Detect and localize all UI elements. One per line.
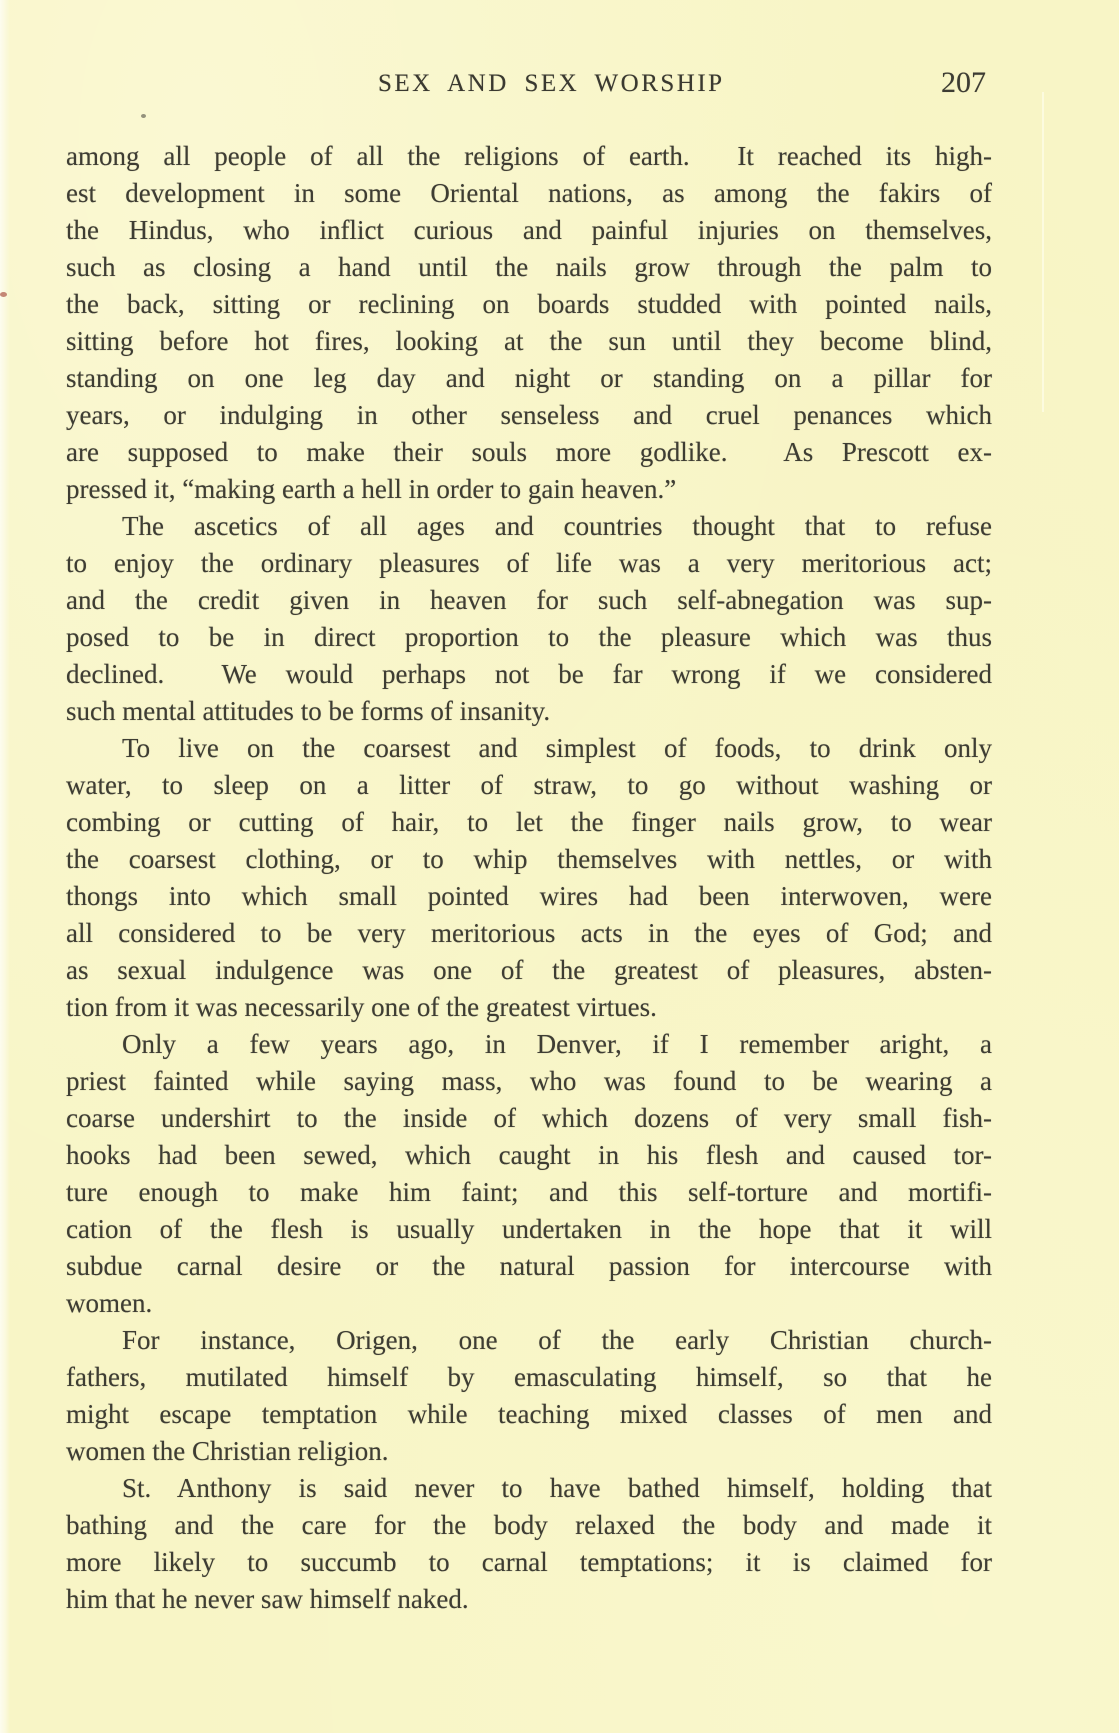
text-line: water, to sleep on a litter of straw, to…	[66, 767, 992, 804]
text-line: ture enough to make him faint; and this …	[66, 1174, 992, 1211]
text-line: the back, sitting or reclining on boards…	[66, 286, 992, 323]
text-line: est development in some Oriental nations…	[66, 175, 992, 212]
text-line: the coarsest clothing, or to whip themse…	[66, 841, 992, 878]
text-line: women the Christian religion.	[66, 1433, 992, 1470]
text-line: as sexual indulgence was one of the grea…	[66, 952, 992, 989]
scan-speck-red	[0, 292, 7, 297]
text-line: such mental attitudes to be forms of ins…	[66, 693, 992, 730]
text-line: combing or cutting of hair, to let the f…	[66, 804, 992, 841]
page-fold-artifact	[1042, 92, 1044, 412]
text-block: among all people of all the religions of…	[66, 138, 992, 1618]
text-line: priest fainted while saying mass, who wa…	[66, 1063, 992, 1100]
text-line: subdue carnal desire or the natural pass…	[66, 1248, 992, 1285]
text-line: years, or indulging in other senseless a…	[66, 397, 992, 434]
text-line: such as closing a hand until the nails g…	[66, 249, 992, 286]
text-line: more likely to succumb to carnal temptat…	[66, 1544, 992, 1581]
text-line: standing on one leg day and night or sta…	[66, 360, 992, 397]
text-line: bathing and the care for the body relaxe…	[66, 1507, 992, 1544]
text-line: pressed it, “making earth a hell in orde…	[66, 471, 992, 508]
text-line: fathers, mutilated himself by emasculati…	[66, 1359, 992, 1396]
text-line: cation of the flesh is usually undertake…	[66, 1211, 992, 1248]
text-line: him that he never saw himself naked.	[66, 1581, 992, 1618]
page-number: 207	[941, 66, 986, 100]
text-line: might escape temptation while teaching m…	[66, 1396, 992, 1433]
text-line: women.	[66, 1285, 992, 1322]
text-line: sitting before hot fires, looking at the…	[66, 323, 992, 360]
text-line: thongs into which small pointed wires ha…	[66, 878, 992, 915]
text-line: To live on the coarsest and simplest of …	[66, 730, 992, 767]
text-line: For instance, Origen, one of the early C…	[66, 1322, 992, 1359]
text-line: the Hindus, who inflict curious and pain…	[66, 212, 992, 249]
text-line: are supposed to make their souls more go…	[66, 434, 992, 471]
scan-speck-dark	[141, 114, 146, 118]
text-line: hooks had been sewed, which caught in hi…	[66, 1137, 992, 1174]
text-line: to enjoy the ordinary pleasures of life …	[66, 545, 992, 582]
book-page-scan: SEX AND SEX WORSHIP 207 among all people…	[0, 0, 1119, 1733]
text-line: declined. We would perhaps not be far wr…	[66, 656, 992, 693]
text-line: all considered to be very meritorious ac…	[66, 915, 992, 952]
page-left-edge	[0, 0, 10, 1733]
text-line: tion from it was necessarily one of the …	[66, 989, 992, 1026]
text-line: St. Anthony is said never to have bathed…	[66, 1470, 992, 1507]
text-line: Only a few years ago, in Denver, if I re…	[66, 1026, 992, 1063]
running-head-title: SEX AND SEX WORSHIP	[378, 70, 725, 98]
text-line: posed to be in direct proportion to the …	[66, 619, 992, 656]
text-line: coarse undershirt to the inside of which…	[66, 1100, 992, 1137]
text-line: and the credit given in heaven for such …	[66, 582, 992, 619]
text-line: The ascetics of all ages and countries t…	[66, 508, 992, 545]
text-line: among all people of all the religions of…	[66, 138, 992, 175]
